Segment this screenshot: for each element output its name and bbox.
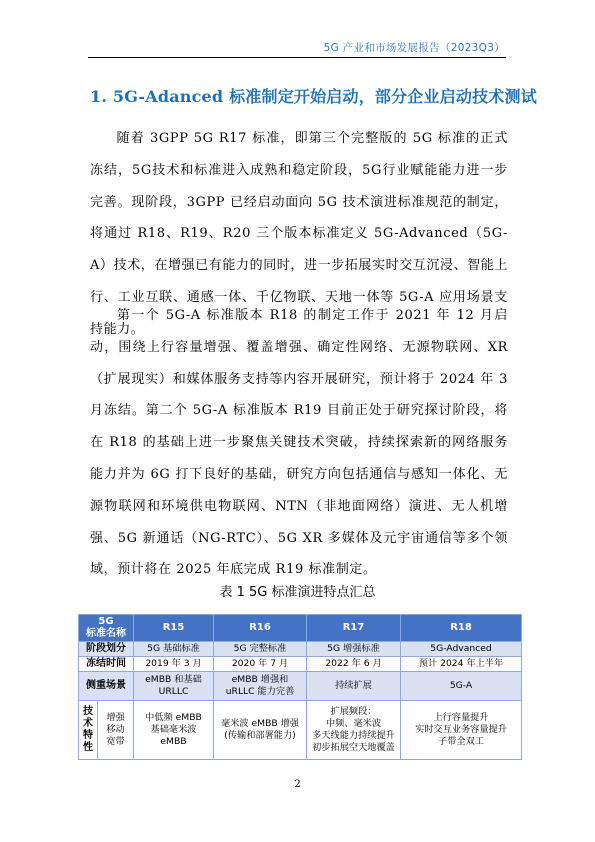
cell-line: 扩展频段： [309,706,398,718]
label-char: 技 [81,706,95,718]
header-r18: R18 [401,615,522,642]
header-label-line1: 5G [81,616,131,628]
cell: 5G 完整标准 [214,642,307,657]
header-divider [88,57,506,58]
cell: 5G-Advanced [401,642,522,657]
cell: 2020 年 7 月 [214,657,307,672]
cell-line: uRLLC 能力完善 [216,686,304,698]
cell: 5G 增强标准 [307,642,401,657]
standards-table: 5G 标准名称 R15 R16 R17 R18 阶段划分 5G 基础标准 5G … [78,614,522,760]
header-r15: R15 [134,615,214,642]
cell: 2022 年 6 月 [307,657,401,672]
sublabel-line: 移动 [100,724,131,736]
table-header-row: 5G 标准名称 R15 R16 R17 R18 [79,615,522,642]
cell: eMBB 和基础 URLLC [134,672,214,701]
cell-line: 子带全双工 [403,736,519,748]
cell-line: eMBB [136,736,211,748]
cell: 扩展频段： 中频、毫米波 多天线能力持续提升 初步拓展空天地覆盖 [307,701,401,760]
cell: 中低频 eMBB 基础毫米波 eMBB [134,701,214,760]
cell-line: 毫米波 eMBB 增强 [216,718,304,730]
header-r16: R16 [214,615,307,642]
cell-line: 中频、毫米波 [309,718,398,730]
table-row-freeze: 冻结时间 2019 年 3 月 2020 年 7 月 2022 年 6 月 预计… [79,657,522,672]
table-row-scene: 侧重场景 eMBB 和基础 URLLC eMBB 增强和 uRLLC 能力完善 … [79,672,522,701]
row-label-tech: 技 术 特 性 [79,701,98,760]
paragraph-2-text: 第一个 5G-A 标准版本 R18 的制定工作于 2021 年 12 月启动，围… [90,308,508,577]
table-row-stage: 阶段划分 5G 基础标准 5G 完整标准 5G 增强标准 5G-Advanced [79,642,522,657]
cell-line: 持续扩展 [309,680,398,692]
row-label-scene: 侧重场景 [79,672,134,701]
running-header: 5G 产业和市场发展报告（2023Q3） [324,40,505,55]
cell: 5G-A [401,672,522,701]
table-caption: 表 1 5G 标准演进特点汇总 [0,581,595,600]
cell-line: 上行容量提升 [403,712,519,724]
row-label-stage: 阶段划分 [79,642,134,657]
cell: 2019 年 3 月 [134,657,214,672]
cell: 毫米波 eMBB 增强 (传输和部署能力) [214,701,307,760]
cell: 预计 2024 年上半年 [401,657,522,672]
cell: 5G 基础标准 [134,642,214,657]
cell-line: eMBB 增强和 [216,674,304,686]
label-char: 术 [81,718,95,730]
page-number: 2 [0,779,595,790]
header-label-line2: 标准名称 [81,628,131,640]
label-char: 特 [81,730,95,742]
cell-line: eMBB 和基础 [136,674,211,686]
cell-line: 中低频 eMBB [136,712,211,724]
cell-line: 初步拓展空天地覆盖 [309,742,398,754]
section-title: 1. 5G-Adanced 标准制定开始启动，部分企业启动技术测试 [90,84,537,107]
cell: eMBB 增强和 uRLLC 能力完善 [214,672,307,701]
cell: 持续扩展 [307,672,401,701]
table-row-tech: 技 术 特 性 增强 移动 宽带 中低频 eMBB 基础毫米波 eMBB 毫米波… [79,701,522,760]
sublabel-embb: 增强 移动 宽带 [98,701,134,760]
label-char: 性 [81,742,95,754]
row-label-freeze: 冻结时间 [79,657,134,672]
cell-line: URLLC [136,686,211,698]
header-label-cell: 5G 标准名称 [79,615,134,642]
sublabel-line: 宽带 [100,736,131,748]
cell-line: 基础毫米波 [136,724,211,736]
sublabel-line: 增强 [100,712,131,724]
cell-line: 5G-A [403,680,519,692]
cell-line: 多天线能力持续提升 [309,730,398,742]
header-r17: R17 [307,615,401,642]
cell: 上行容量提升 实时交互业务容量提升 子带全双工 [401,701,522,760]
cell-line: (传输和部署能力) [216,730,304,742]
paragraph-2: 第一个 5G-A 标准版本 R18 的制定工作于 2021 年 12 月启动，围… [90,300,508,586]
cell-line: 实时交互业务容量提升 [403,724,519,736]
